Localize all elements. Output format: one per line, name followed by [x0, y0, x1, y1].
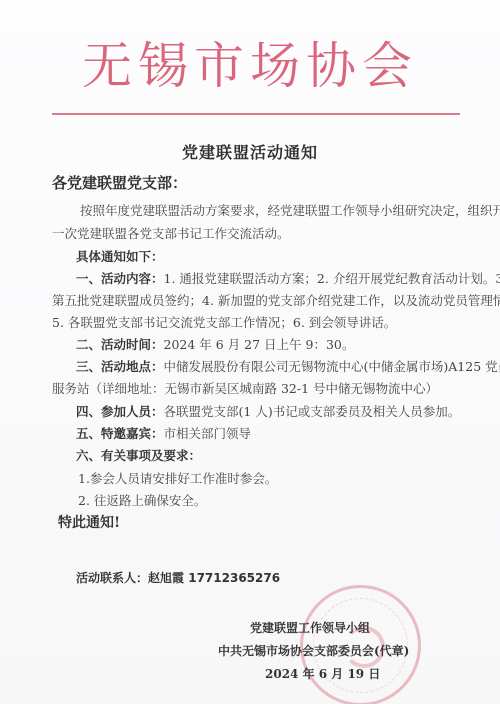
contact-line: 活动联系人：赵旭霞 17712365276	[76, 570, 280, 586]
item-content-line-2: 第五批党建联盟成员签约；4. 新加盟的党支部介绍党建工作，以及流动党员管理情况；	[52, 293, 500, 309]
item-text: 各联盟党支部(1 人)书记或支部委员及相关人员参加。	[164, 404, 461, 419]
details-heading: 具体通知如下：	[76, 249, 164, 265]
notice-title: 党建联盟活动通知	[0, 140, 500, 163]
signature-date: 2024 年 6 月 19 日	[265, 666, 380, 682]
item-guests: 五、特邀嘉宾：市相关部门领导	[76, 426, 251, 442]
contact-name: 赵旭霞	[148, 571, 184, 585]
requirement-2: 2. 往返路上确保安全。	[78, 493, 206, 509]
signature-line-2: 中共无锡市场协会支部委员会(代章)	[218, 643, 409, 659]
signature-line-1: 党建联盟工作领导小组	[250, 620, 370, 636]
item-location: 三、活动地点：中储发展股份有限公司无锡物流中心(中储金属市场)A125 党员	[76, 359, 500, 375]
item-text: 中储发展股份有限公司无锡物流中心(中储金属市场)A125 党员	[164, 359, 500, 374]
item-content-line-3: 5. 各联盟党支部书记交流党支部工作情况；6. 到会领导讲话。	[52, 315, 396, 331]
item-label: 四、参加人员：	[76, 404, 164, 419]
contact-label: 活动联系人：	[76, 571, 148, 585]
item-label: 五、特邀嘉宾：	[76, 426, 164, 441]
item-text: 1. 通报党建联盟活动方案；2. 介绍开展党纪教育活动计划。3.	[164, 271, 500, 286]
item-time: 二、活动时间：2024 年 6 月 27 日上午 9：30。	[76, 337, 354, 353]
letterhead-divider	[52, 113, 460, 115]
item-text: 2024 年 6 月 27 日上午 9：30。	[164, 337, 355, 352]
item-participants: 四、参加人员：各联盟党支部(1 人)书记或支部委员及相关人员参加。	[76, 404, 460, 420]
item-label: 二、活动时间：	[76, 337, 164, 352]
contact-phone: 17712365276	[188, 571, 280, 585]
intro-line-2: 一次党建联盟各党支部书记工作交流活动。	[52, 226, 290, 242]
requirement-1: 1.参会人员请安排好工作准时参会。	[78, 471, 277, 487]
item-label: 一、活动内容：	[76, 271, 164, 286]
item-text: 市相关部门领导	[164, 426, 252, 441]
closing: 特此通知!	[58, 515, 120, 531]
item-requirements-label: 六、有关事项及要求：	[76, 448, 201, 464]
letterhead-org-name: 无锡市场协会	[0, 36, 500, 96]
salutation: 各党建联盟党支部：	[52, 175, 187, 191]
intro-line-1: 按照年度党建联盟活动方案要求，经党建联盟工作领导小组研究决定，组织开展	[80, 203, 500, 219]
document-page: 无锡市场协会 党建联盟活动通知 各党建联盟党支部： 按照年度党建联盟活动方案要求…	[0, 0, 500, 704]
item-label: 三、活动地点：	[76, 359, 164, 374]
item-content: 一、活动内容：1. 通报党建联盟活动方案；2. 介绍开展党纪教育活动计划。3.	[76, 271, 500, 287]
item-location-line-2: 服务站（详细地址：无锡市新吴区城南路 32-1 号中储无锡物流中心）	[52, 381, 438, 397]
